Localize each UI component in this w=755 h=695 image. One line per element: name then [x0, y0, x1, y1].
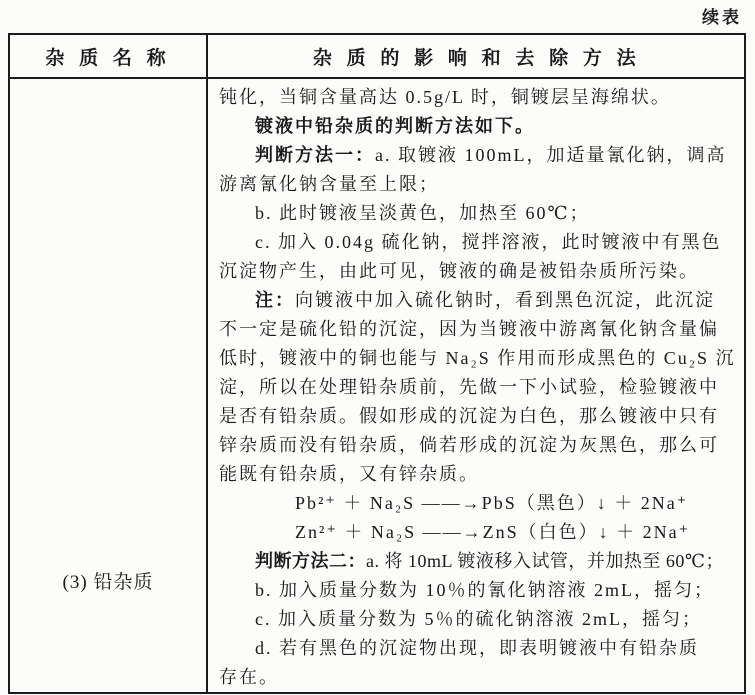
- body-text: a. 取镀液 100mL，加适量氰化钠，调高: [375, 145, 726, 165]
- text-line: 注：向镀液中加入硫化钠时，看到黑色沉淀，此沉淀: [219, 286, 736, 315]
- header-impurity-effects: 杂 质 的 影 响 和 去 除 方 法: [208, 35, 746, 79]
- emphasis-text: 注：: [255, 290, 295, 310]
- text-line: b. 此时镀液呈淡黄色，加热至 60℃；: [219, 199, 736, 228]
- body-text: 向镀液中加入硫化钠时，看到黑色沉淀，此沉淀: [295, 290, 715, 310]
- text-line: 判断方法二：a. 将 10mL 镀液移入试管，并加热至 60℃；: [219, 547, 736, 576]
- emphasis-text: 判断方法一：: [255, 145, 375, 165]
- cell-impurity-method: 钝化，当铜含量高达 0.5g/L 时，铜镀层呈海绵状。镀液中铅杂质的判断方法如下…: [208, 79, 746, 692]
- text-line: 游离氰化钠含量至上限；: [219, 170, 736, 199]
- body-text: a. 将 10mL 镀液移入试管，并加热至 60℃；: [366, 551, 724, 571]
- text-line: 判断方法一：a. 取镀液 100mL，加适量氰化钠，调高: [219, 141, 736, 170]
- emphasis-text: 判断方法二：: [255, 551, 366, 571]
- body-text: 锌杂质而没有铅杂质，倘若形成的沉淀为灰黑色，那么可: [219, 435, 719, 455]
- text-line: 淀，所以在处理铅杂质前，先做一下小试验，检验镀液中: [219, 373, 736, 402]
- continued-table-label: 续表: [702, 3, 742, 28]
- body-text: 钝化，当铜含量高达 0.5g/L 时，铜镀层呈海绵状。: [219, 87, 671, 107]
- body-text: 低时，镀液中的铜也能与 Na₂S 作用而形成黑色的 Cu₂S 沉: [219, 348, 736, 368]
- body-text: 沉淀物产生，由此可见，镀液的确是被铅杂质所污染。: [219, 261, 699, 281]
- scanned-document-page: { "page": { "continued_label": "续表" }, "…: [0, 0, 755, 695]
- body-text: 不一定是硫化铅的沉淀，因为当镀液中游离氰化钠含量偏: [219, 319, 719, 339]
- text-line: 钝化，当铜含量高达 0.5g/L 时，铜镀层呈海绵状。: [219, 83, 736, 112]
- method-text: 钝化，当铜含量高达 0.5g/L 时，铜镀层呈海绵状。镀液中铅杂质的判断方法如下…: [219, 83, 736, 692]
- text-line: 存在。: [219, 663, 736, 692]
- text-line: 不一定是硫化铅的沉淀，因为当镀液中游离氰化钠含量偏: [219, 315, 736, 344]
- text-line: b. 加入质量分数为 10％的氰化钠溶液 2mL，摇匀；: [219, 576, 736, 605]
- header-impurity-name: 杂 质 名 称: [10, 35, 208, 79]
- body-text: c. 加入 0.04g 硫化钠，搅拌溶液，此时镀液中有黑色: [255, 232, 722, 252]
- text-line: 低时，镀液中的铜也能与 Na₂S 作用而形成黑色的 Cu₂S 沉: [219, 344, 736, 373]
- body-text: 能既有铅杂质，又有锌杂质。: [219, 464, 479, 484]
- text-line: 沉淀物产生，由此可见，镀液的确是被铅杂质所污染。: [219, 257, 736, 286]
- text-line: 能既有铅杂质，又有锌杂质。: [219, 460, 736, 489]
- cell-impurity-name: (3) 铅杂质: [10, 79, 208, 692]
- body-text: c. 加入质量分数为 5％的硫化钠溶液 2mL，摇匀；: [255, 609, 702, 629]
- text-line: c. 加入 0.04g 硫化钠，搅拌溶液，此时镀液中有黑色: [219, 228, 736, 257]
- text-line: d. 若有黑色的沉淀物出现，即表明镀液中有铅杂质: [219, 634, 736, 663]
- text-line: 锌杂质而没有铅杂质，倘若形成的沉淀为灰黑色，那么可: [219, 431, 736, 460]
- body-text: Zn²⁺ ＋ Na₂S ——→ZnS（白色）↓ ＋ 2Na⁺: [295, 522, 690, 542]
- body-text: 存在。: [219, 667, 279, 687]
- text-line: 镀液中铅杂质的判断方法如下。: [219, 112, 736, 141]
- text-line: c. 加入质量分数为 5％的硫化钠溶液 2mL，摇匀；: [219, 605, 736, 634]
- text-line: Pb²⁺ ＋ Na₂S ——→PbS（黑色）↓ ＋ 2Na⁺: [219, 489, 736, 518]
- emphasis-text: 镀液中铅杂质的判断方法如下。: [255, 116, 535, 136]
- body-text: b. 此时镀液呈淡黄色，加热至 60℃；: [255, 203, 590, 223]
- body-text: 淀，所以在处理铅杂质前，先做一下小试验，检验镀液中: [219, 377, 719, 397]
- body-text: b. 加入质量分数为 10％的氰化钠溶液 2mL，摇匀；: [255, 580, 714, 600]
- body-text: 是否有铅杂质。假如形成的沉淀为白色，那么镀液中只有: [219, 406, 719, 426]
- text-line: Zn²⁺ ＋ Na₂S ——→ZnS（白色）↓ ＋ 2Na⁺: [219, 518, 736, 547]
- impurity-name-label: (3) 铅杂质: [10, 567, 206, 594]
- body-text: Pb²⁺ ＋ Na₂S ——→PbS（黑色）↓ ＋ 2Na⁺: [295, 493, 688, 513]
- body-text: 游离氰化钠含量至上限；: [219, 174, 439, 194]
- impurity-table: 杂 质 名 称 杂 质 的 影 响 和 去 除 方 法 (3) 铅杂质 钝化，当…: [8, 33, 746, 694]
- body-text: d. 若有黑色的沉淀物出现，即表明镀液中有铅杂质: [255, 638, 699, 658]
- text-line: 是否有铅杂质。假如形成的沉淀为白色，那么镀液中只有: [219, 402, 736, 431]
